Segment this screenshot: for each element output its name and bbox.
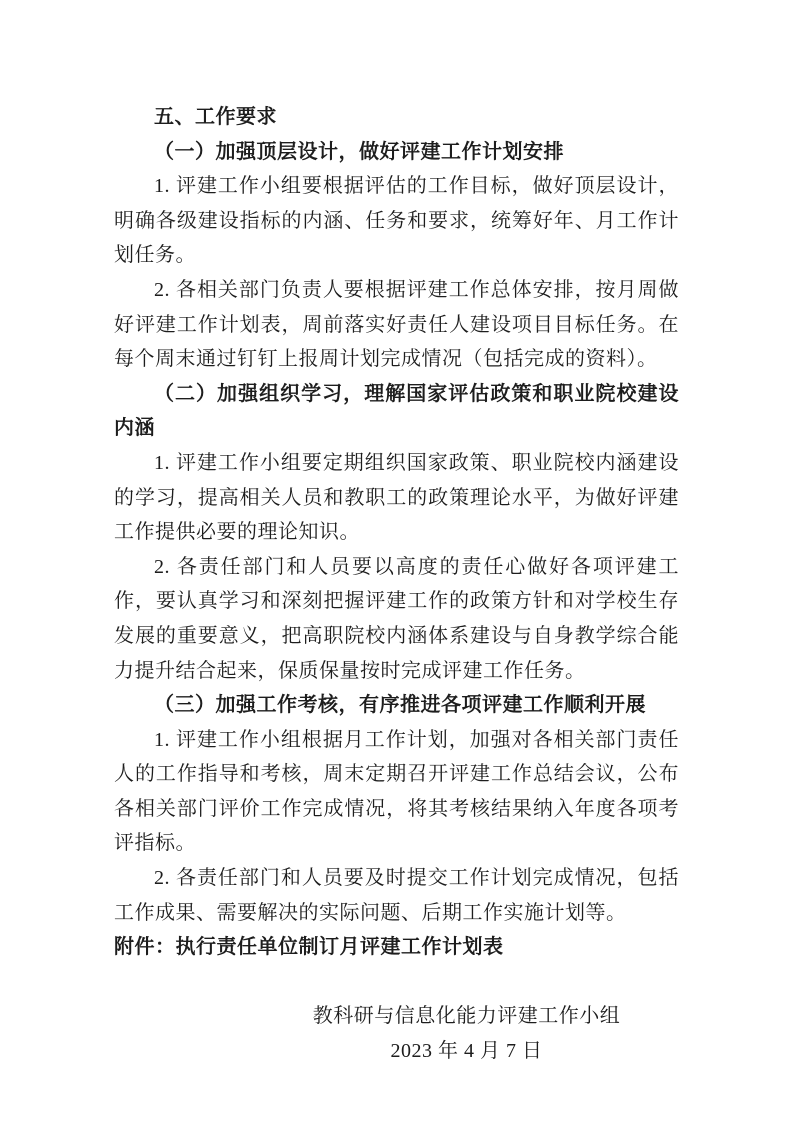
signature-date: 2023 年 4 月 7 日 (254, 1034, 679, 1069)
section-heading: 五、工作要求 (114, 100, 679, 135)
paragraph-3-2: 2. 各责任部门和人员要及时提交工作计划完成情况，包括工作成果、需要解决的实际问… (114, 861, 679, 930)
document-content: 五、工作要求 （一）加强顶层设计，做好评建工作计划安排 1. 评建工作小组要根据… (114, 100, 679, 1069)
attachment-note: 附件：执行责任单位制订月评建工作计划表 (114, 930, 679, 965)
paragraph-2-1: 1. 评建工作小组要定期组织国家政策、职业院校内涵建设的学习，提高相关人员和教职… (114, 446, 679, 550)
subsection-title-1: （一）加强顶层设计，做好评建工作计划安排 (114, 135, 679, 170)
paragraph-1-2: 2. 各相关部门负责人要根据评建工作总体安排，按月周做好评建工作计划表，周前落实… (114, 273, 679, 377)
signature-organization: 教科研与信息化能力评建工作小组 (254, 999, 679, 1034)
signature-block: 教科研与信息化能力评建工作小组 2023 年 4 月 7 日 (114, 999, 679, 1068)
subsection-title-3: （三）加强工作考核，有序推进各项评建工作顺利开展 (114, 688, 679, 723)
paragraph-2-2: 2. 各责任部门和人员要以高度的责任心做好各项评建工作，要认真学习和深刻把握评建… (114, 550, 679, 688)
subsection-title-2: （二）加强组织学习，理解国家评估政策和职业院校建设内涵 (114, 377, 679, 446)
paragraph-3-1: 1. 评建工作小组根据月工作计划，加强对各相关部门责任人的工作指导和考核，周末定… (114, 723, 679, 861)
paragraph-1-1: 1. 评建工作小组要根据评估的工作目标，做好顶层设计，明确各级建设指标的内涵、任… (114, 169, 679, 273)
document-page: 五、工作要求 （一）加强顶层设计，做好评建工作计划安排 1. 评建工作小组要根据… (0, 0, 793, 1122)
